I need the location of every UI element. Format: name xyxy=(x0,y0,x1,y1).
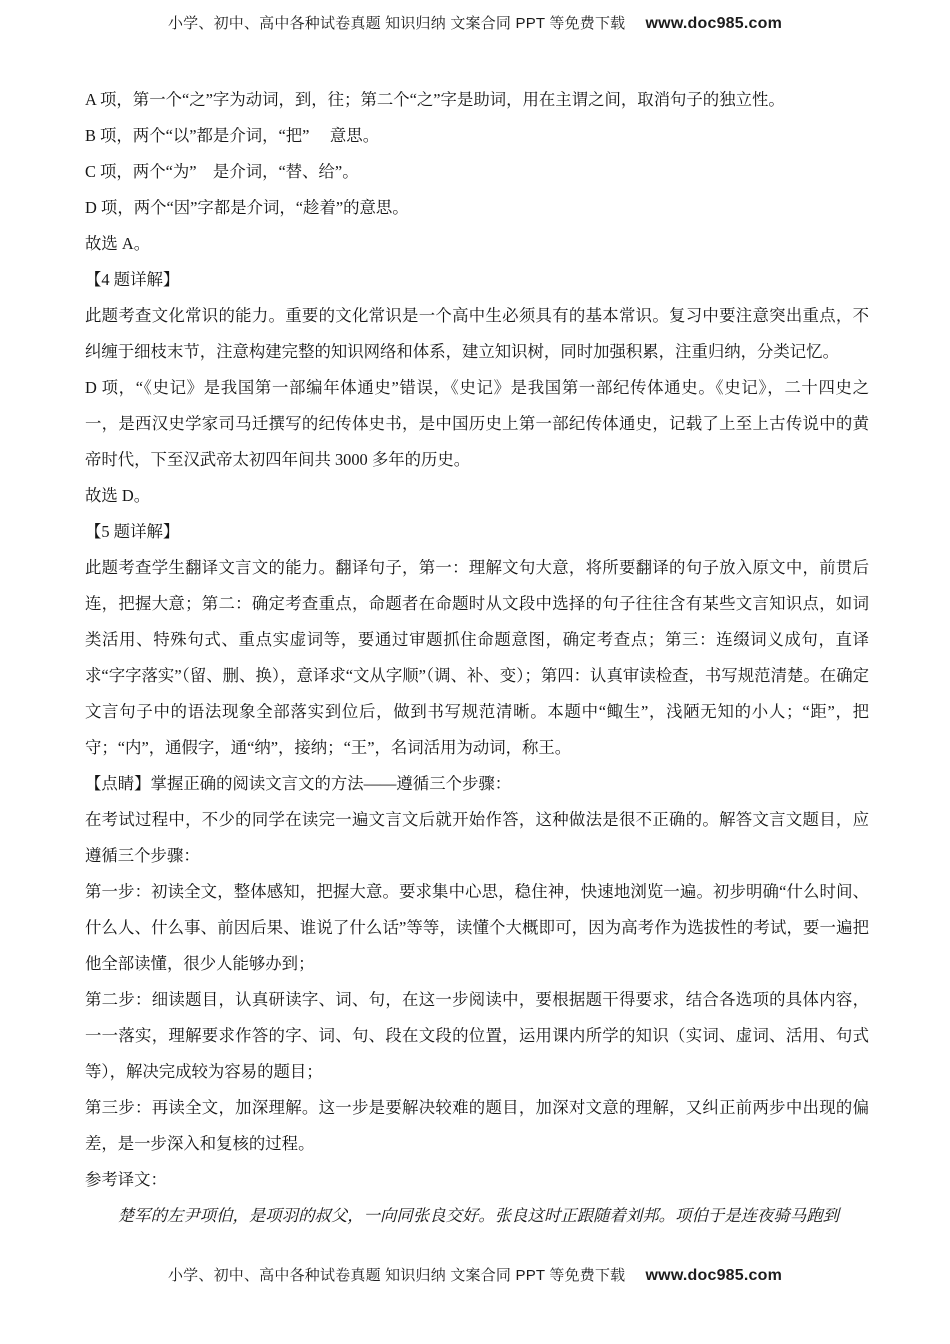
paragraph-step-3: 第三步：再读全文，加深理解。这一步是要解决较难的题目，加深对文意的理解，又纠正前… xyxy=(85,1090,869,1162)
paragraph-option-d: D 项，两个“因”字都是介词，“趁着”的意思。 xyxy=(85,190,869,226)
page-footer: 小学、初中、高中各种试卷真题 知识归纳 文案合同 PPT 等免费下载 www.d… xyxy=(0,1264,950,1285)
paragraph-step-2: 第二步：细读题目，认真研读字、词、句，在这一步阅读中，要根据题干得要求，结合各选… xyxy=(85,982,869,1090)
section-heading-dianjing: 【点睛】掌握正确的阅读文言文的方法——遵循三个步骤： xyxy=(85,766,869,802)
header-promo-text: 小学、初中、高中各种试卷真题 知识归纳 文案合同 PPT 等免费下载 xyxy=(168,15,625,32)
document-body: A 项，第一个“之”字为动词，到，往；第二个“之”字是助词，用在主谓之间，取消句… xyxy=(85,82,869,1234)
paragraph-option-a: A 项，第一个“之”字为动词，到，往；第二个“之”字是助词，用在主谓之间，取消句… xyxy=(85,82,869,118)
paragraph-option-b: B 项，两个“以”都是介词，“把” 意思。 xyxy=(85,118,869,154)
document-page: 小学、初中、高中各种试卷真题 知识归纳 文案合同 PPT 等免费下载 www.d… xyxy=(0,0,950,1344)
paragraph-step-1: 第一步：初读全文，整体感知，把握大意。要求集中心思，稳住神，快速地浏览一遍。初步… xyxy=(85,874,869,982)
page-header: 小学、初中、高中各种试卷真题 知识归纳 文案合同 PPT 等免费下载 www.d… xyxy=(0,12,950,33)
paragraph-method-intro: 在考试过程中，不少的同学在读完一遍文言文后就开始作答，这种做法是很不正确的。解答… xyxy=(85,802,869,874)
reference-translation-text: 楚军的左尹项伯，是项羽的叔父，一向同张良交好。张良这时正跟随着刘邦。项伯于是连夜… xyxy=(85,1198,869,1234)
paragraph-q4-option-d: D 项，“《史记》是我国第一部编年体通史”错误，《史记》是我国第一部纪传体通史。… xyxy=(85,370,869,478)
paragraph-option-c: C 项，两个“为” 是介词，“替、给”。 xyxy=(85,154,869,190)
reference-translation-heading: 参考译文： xyxy=(85,1162,869,1198)
paragraph-q4-analysis: 此题考查文化常识的能力。重要的文化常识是一个高中生必须具有的基本常识。复习中要注… xyxy=(85,298,869,370)
section-heading-q4: 【4 题详解】 xyxy=(85,262,869,298)
paragraph-q5-analysis: 此题考查学生翻译文言文的能力。翻译句子，第一：理解文句大意，将所要翻译的句子放入… xyxy=(85,550,869,766)
footer-site-url: www.doc985.com xyxy=(646,1267,782,1284)
footer-promo-text: 小学、初中、高中各种试卷真题 知识归纳 文案合同 PPT 等免费下载 xyxy=(168,1267,625,1284)
paragraph-answer-a: 故选 A。 xyxy=(85,226,869,262)
section-heading-q5: 【5 题详解】 xyxy=(85,514,869,550)
paragraph-answer-d: 故选 D。 xyxy=(85,478,869,514)
header-site-url: www.doc985.com xyxy=(646,15,782,32)
